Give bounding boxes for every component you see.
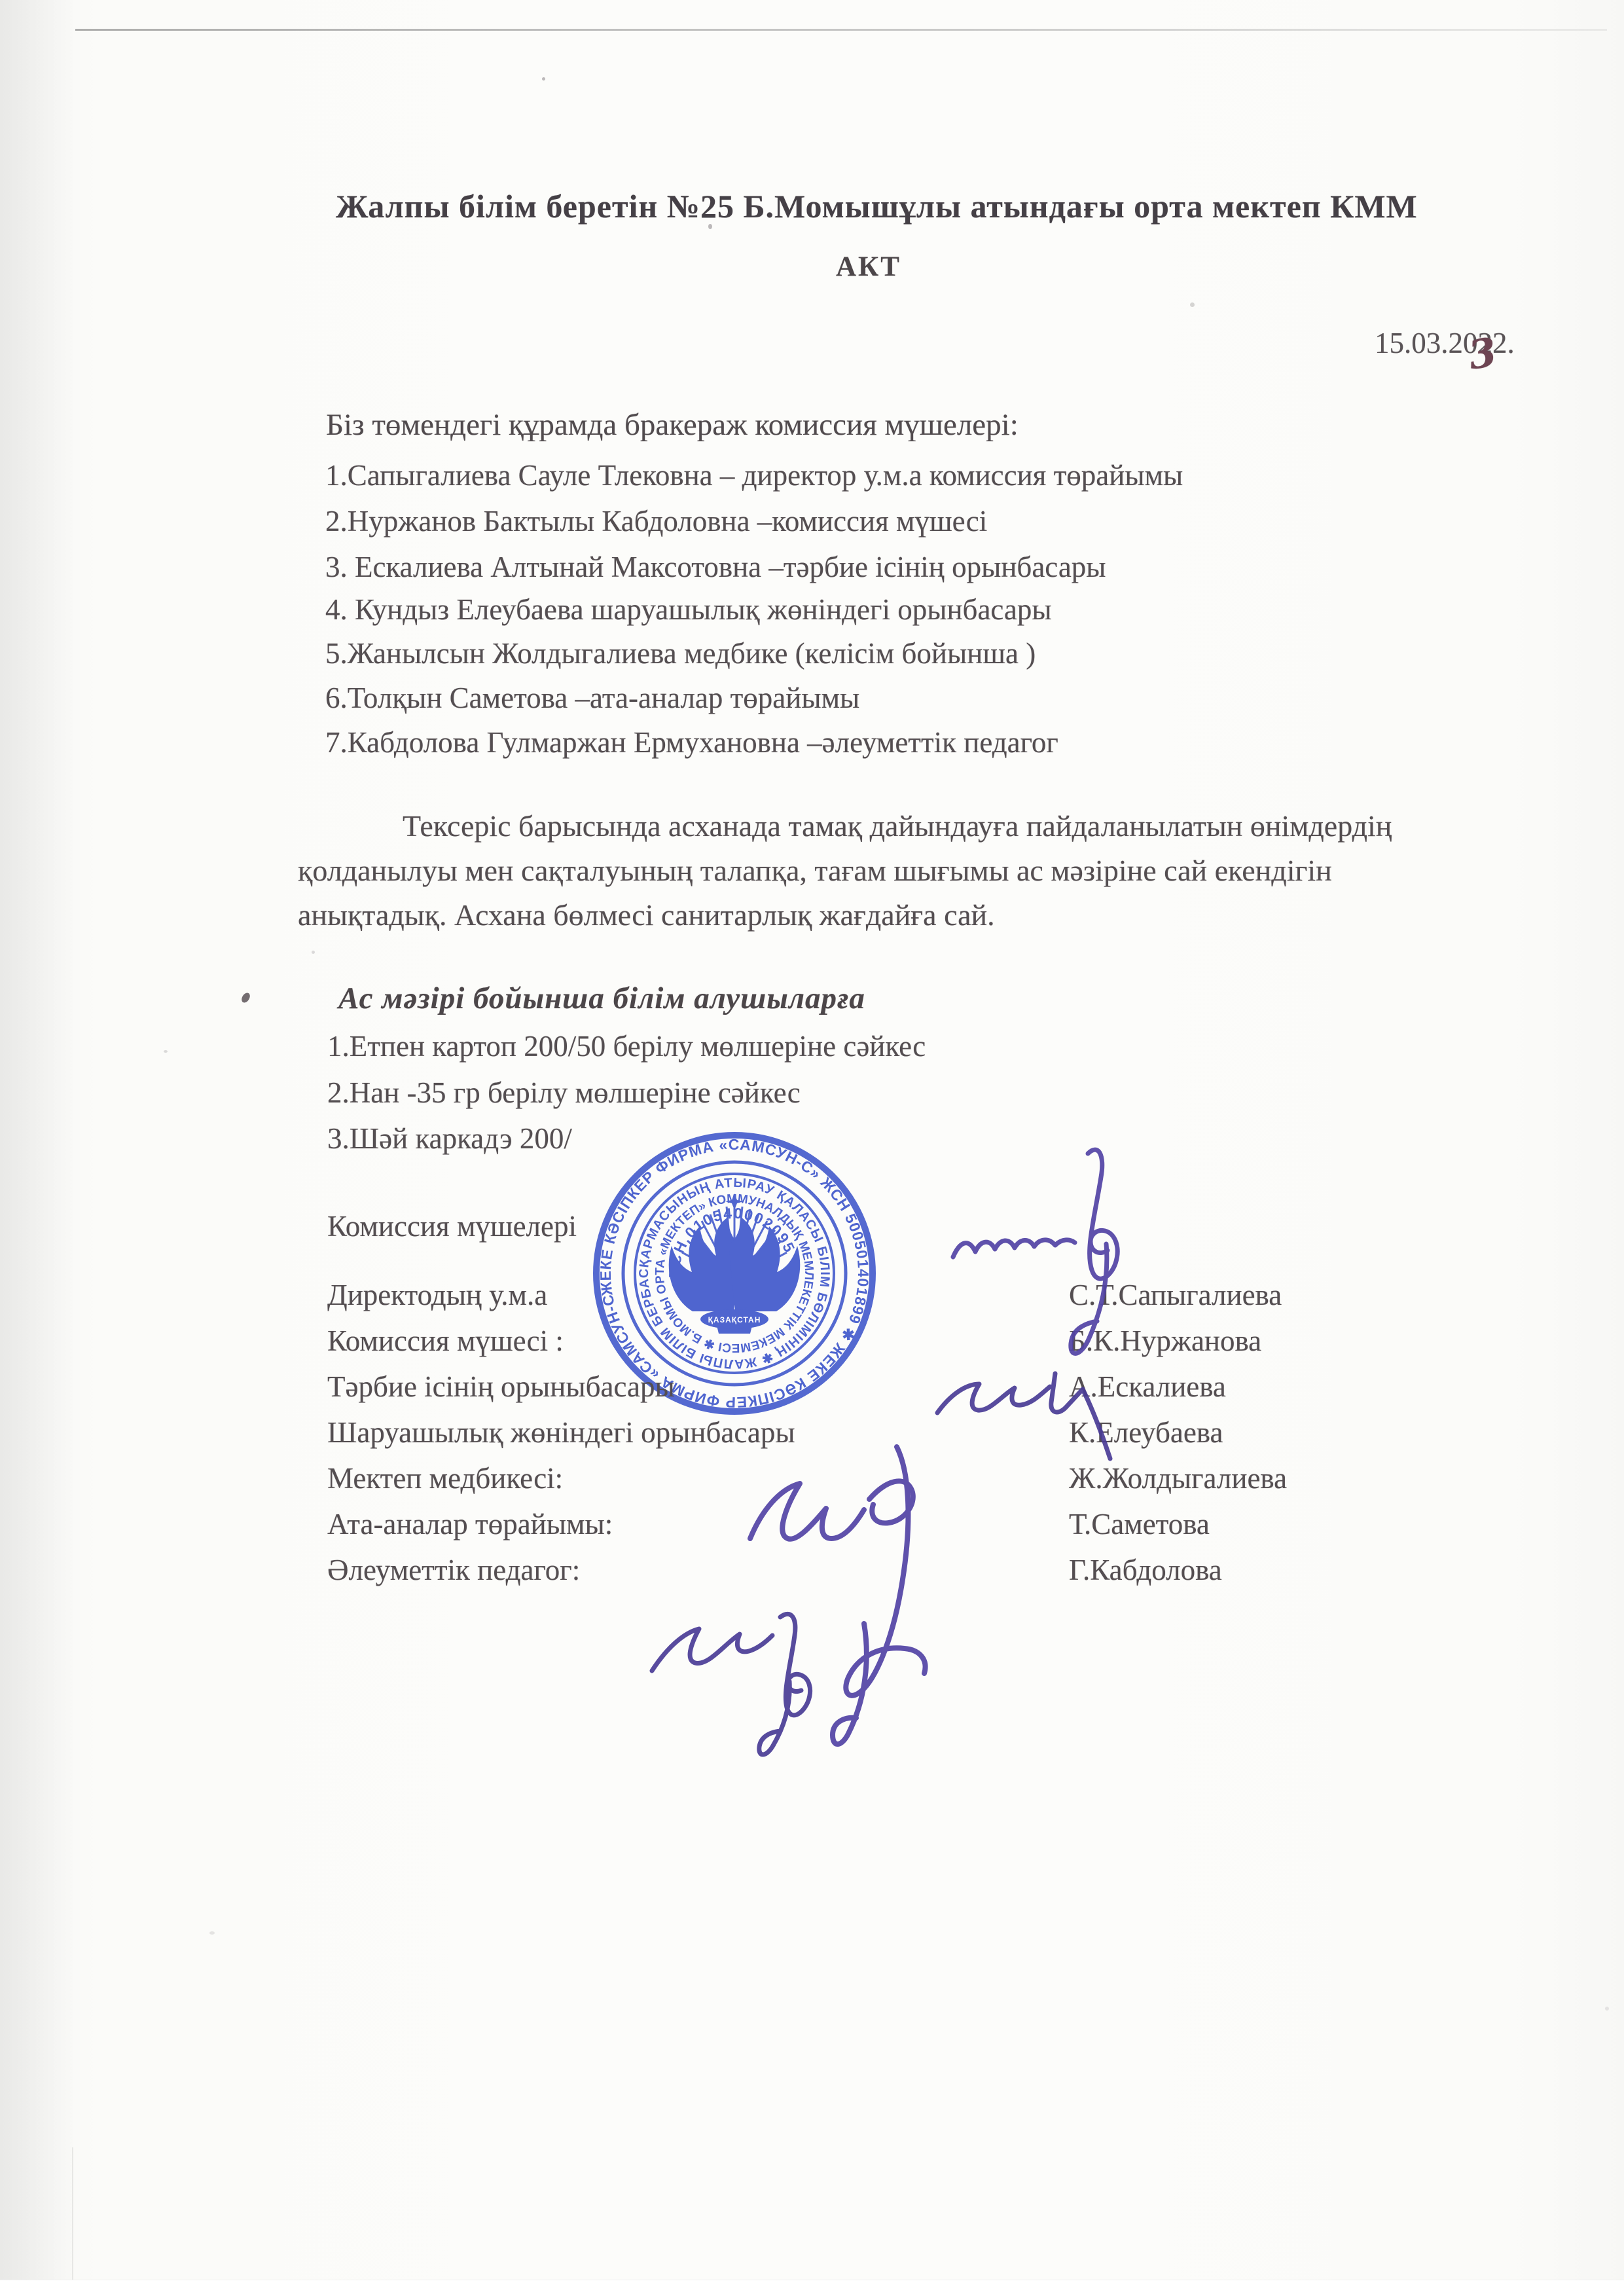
commission-member-line: 5.Жанылсын Жолдыгалиева медбике (келісім… — [325, 636, 1036, 670]
scan-speck — [209, 1931, 215, 1935]
scan-speck — [312, 951, 315, 954]
date-period: . — [1507, 327, 1515, 359]
signatory-role: Директодың у.м.а — [327, 1278, 547, 1312]
scan-speck — [164, 1050, 168, 1053]
commission-member-line: 7.Кабдолова Гулмаржан Ермухановна –әлеум… — [325, 725, 1058, 759]
handwritten-signatures — [589, 1080, 1211, 1800]
date-last-digit-wrap: 23 — [1492, 326, 1507, 360]
scan-top-line-artifact — [75, 29, 1607, 31]
menu-item-line: 3.Шәй каркадэ 200/ — [327, 1121, 572, 1156]
commission-intro-line: Біз төмендегі құрамда бракераж комиссия … — [326, 407, 1019, 443]
signatory-role: Мектеп медбикесі: — [327, 1461, 563, 1495]
menu-item-line: 1.Етпен картоп 200/50 берілу мөлшеріне с… — [327, 1029, 926, 1063]
scan-page-seam — [72, 2147, 73, 2285]
commission-member-line: 2.Нуржанов Бактылы Кабдоловна –комиссия … — [325, 504, 987, 538]
signatory-role: Әлеуметтік педагог: — [327, 1553, 580, 1587]
scan-ink-dot — [241, 992, 251, 1004]
commission-member-line: 6.Толқын Саметова –ата-аналар төрайымы — [325, 681, 859, 715]
commission-member-line: 1.Сапыгалиева Сауле Тлековна – директор … — [325, 458, 1183, 492]
commission-member-line: 3. Ескалиева Алтынай Максотовна –тәрбие … — [325, 550, 1106, 584]
signature-deputy — [937, 1374, 1110, 1459]
signatory-role: Комиссия мүшесі : — [327, 1324, 564, 1358]
scan-bottom-edge — [0, 2280, 1624, 2296]
menu-section-heading: Ас мәзірі бойынша білім алушыларға — [338, 981, 865, 1016]
signature-nurse — [750, 1447, 926, 1744]
commission-member-line: 4. Кундыз Елеубаева шаруашылық жөніндегі… — [325, 592, 1052, 627]
scanned-document-page: Жалпы білім беретін №25 Б.Момышұлы атынд… — [0, 0, 1624, 2296]
commission-signatures-label: Комиссия мүшелері — [327, 1209, 577, 1243]
document-title: Жалпы білім беретін №25 Б.Момышұлы атынд… — [336, 187, 1418, 225]
scan-left-edge — [0, 0, 75, 2296]
findings-paragraph-line: Тексеріс барысында асханада тамақ дайынд… — [403, 809, 1392, 843]
scan-speck — [1605, 2007, 1609, 2011]
signatory-role: Ата-аналар төрайымы: — [327, 1507, 613, 1541]
signature-director — [953, 1150, 1117, 1353]
signature-pedagogue — [652, 1614, 810, 1755]
findings-paragraph-line: анықтадық. Асхана бөлмесі санитарлық жағ… — [298, 898, 995, 932]
scan-speck — [1190, 302, 1195, 307]
document-type-heading: АКТ — [836, 251, 901, 283]
findings-paragraph-line: қолданылуы мен сақталуының талапқа, таға… — [298, 853, 1332, 888]
scan-speck — [542, 77, 545, 81]
document-date: 15.03.20223. — [1375, 326, 1515, 360]
